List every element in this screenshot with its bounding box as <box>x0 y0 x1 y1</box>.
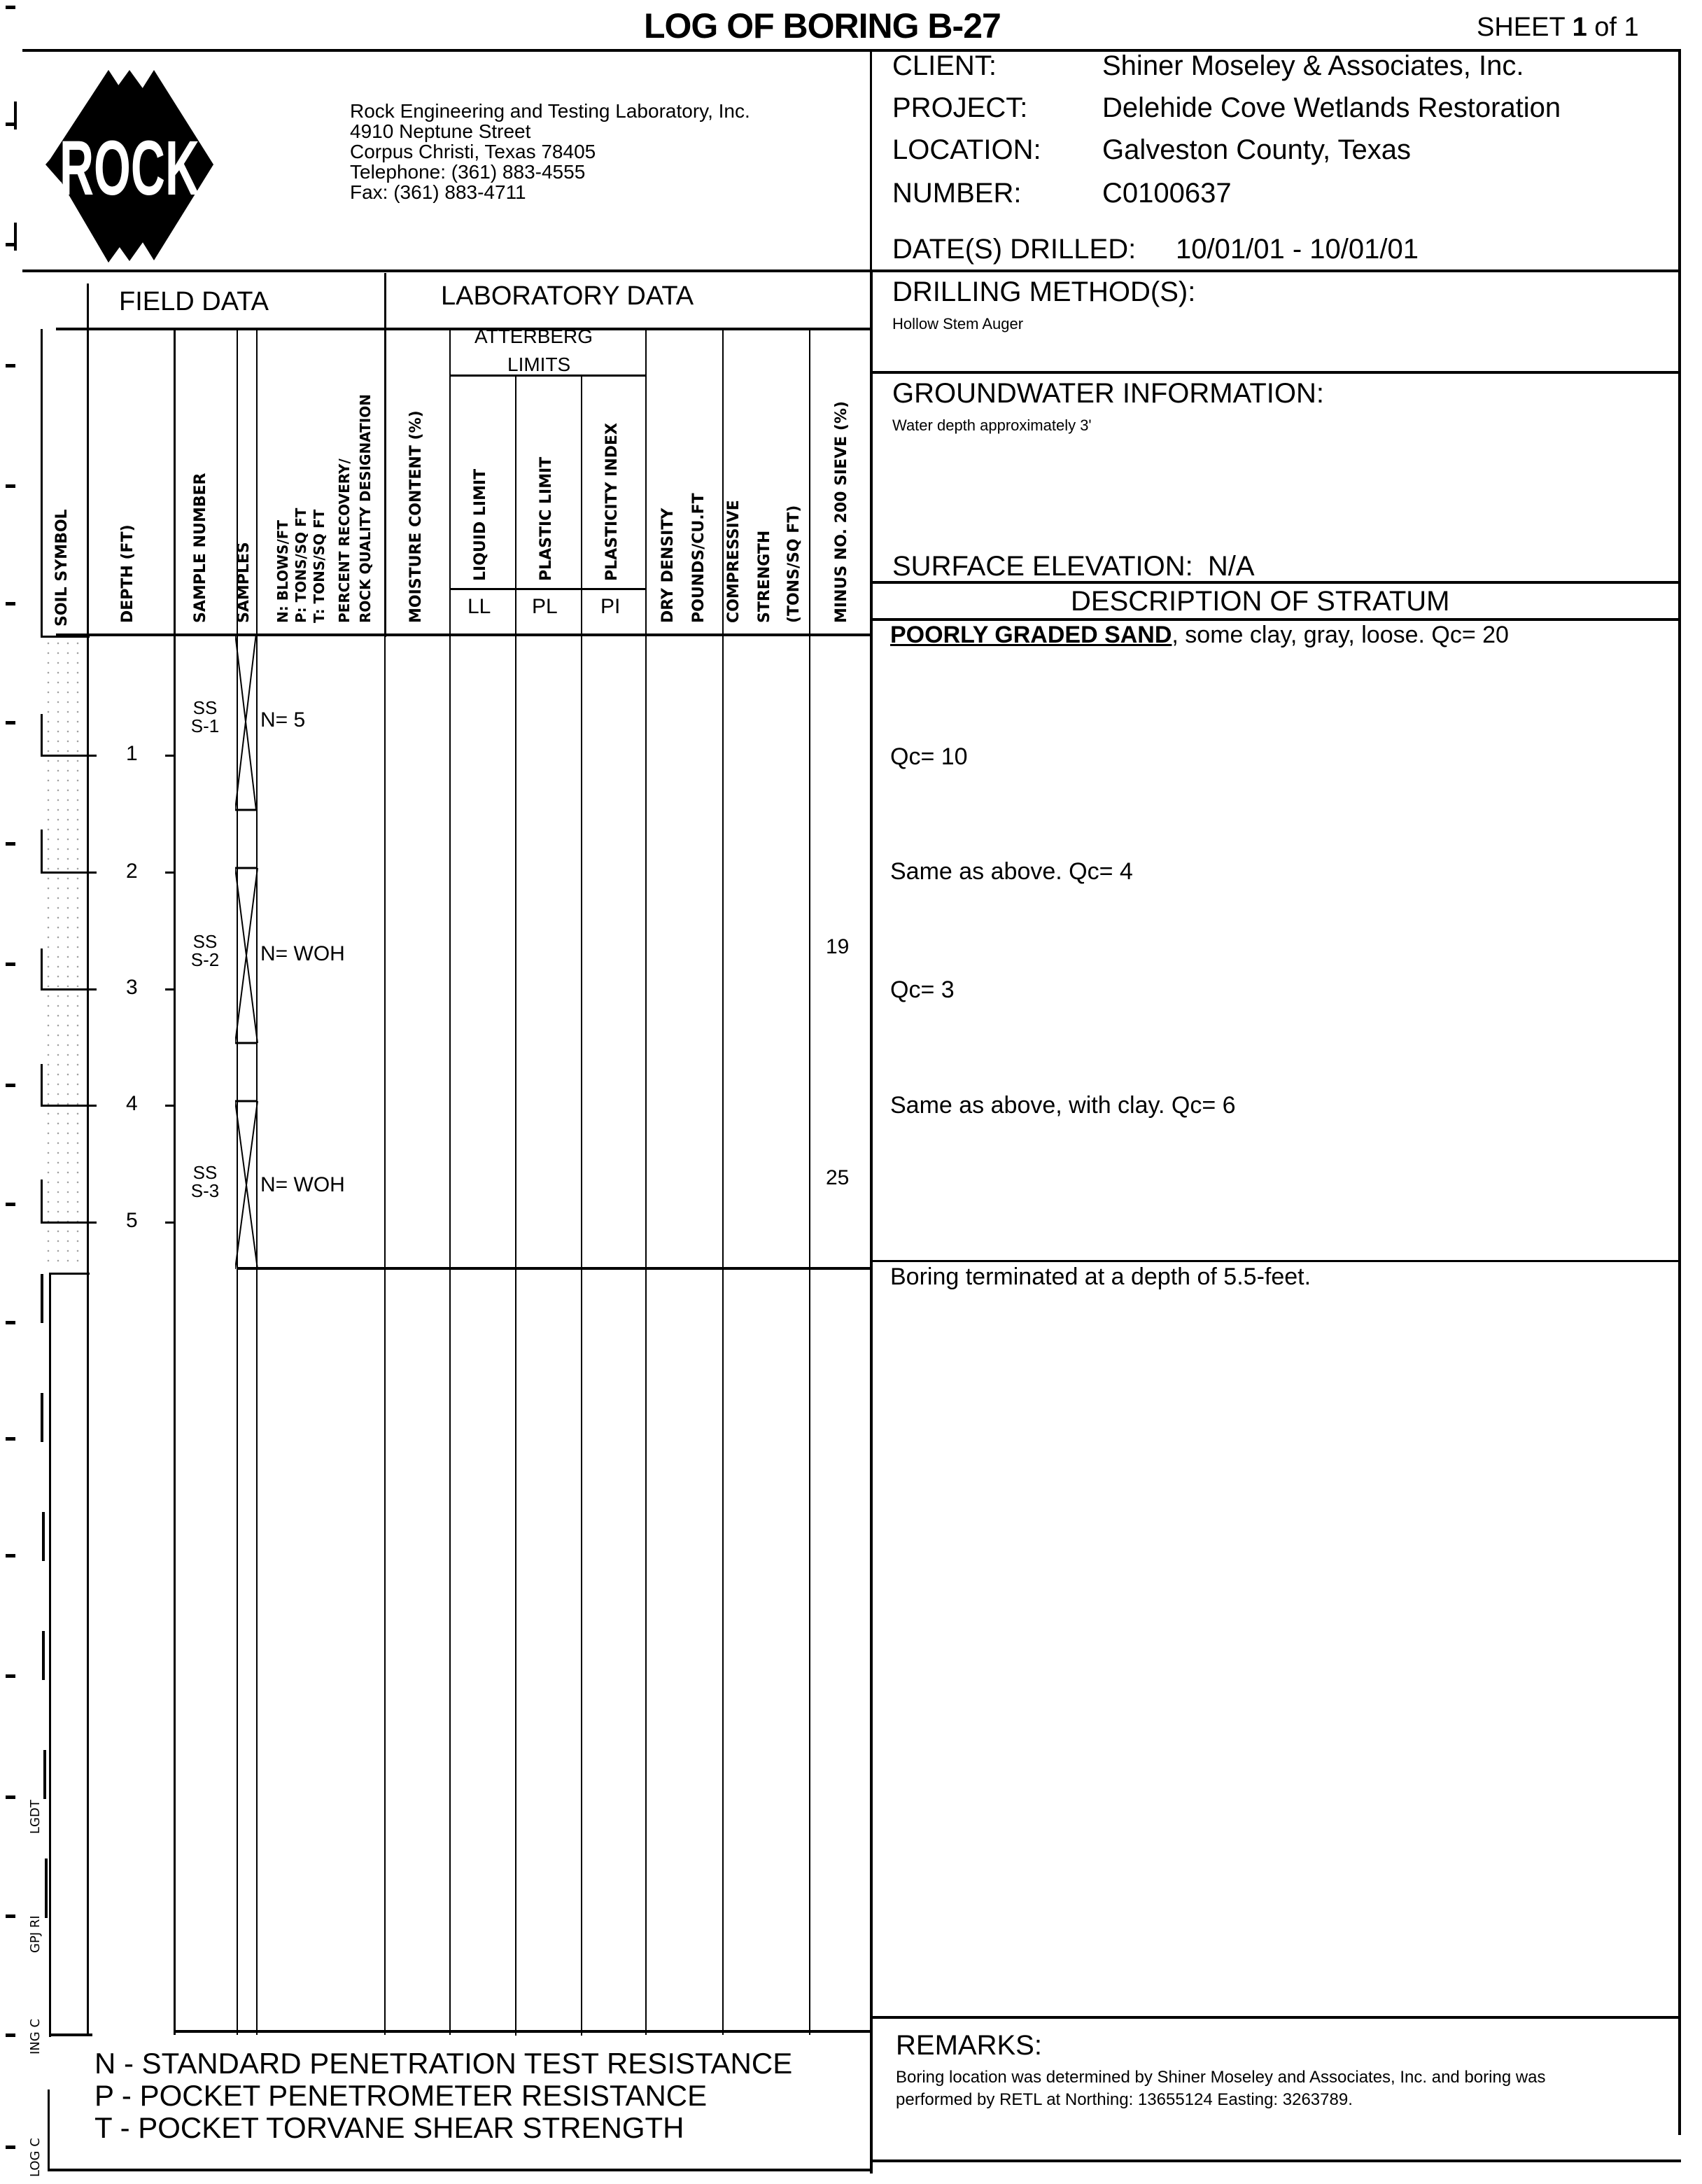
stratum-line-4: Same as above, with clay. Qc= 6 <box>890 1092 1236 1119</box>
surface-elevation-label: SURFACE ELEVATION: <box>892 551 1193 582</box>
col-compressive-1: COMPRESSIVE <box>725 500 743 623</box>
col-plastic-limit: PLASTIC LIMIT <box>537 457 555 581</box>
remarks-line-1: Boring location was determined by Shiner… <box>896 2066 1546 2089</box>
project-label: PROJECT: <box>892 92 1027 124</box>
company-address1: 4910 Neptune Street <box>350 121 750 141</box>
col-pl: PL <box>532 595 558 619</box>
col-liquid-limit: LIQUID LIMIT <box>472 469 489 581</box>
sheet-number: 1 <box>1573 13 1587 42</box>
svg-text:ROCK: ROCK <box>59 125 199 211</box>
margin-label-a: LGDT <box>28 1800 43 1834</box>
atterberg-header: ATTERBERG <box>474 325 593 348</box>
soil-symbol-sand-pattern <box>43 638 85 1268</box>
col-blows-4: PERCENT RECOVERY/ <box>336 458 353 623</box>
location-label: LOCATION: <box>892 134 1041 166</box>
sample-n-value: N= 5 <box>260 708 305 732</box>
col-depth: DEPTH (FT) <box>119 524 136 623</box>
stratum-line-3: Qc= 3 <box>890 976 955 1004</box>
depth-tick-1: 1 <box>126 742 138 766</box>
company-fax: Fax: (361) 883-4711 <box>350 182 750 202</box>
sample-id: S-2 <box>188 951 223 969</box>
sample-minus200: 25 <box>826 1166 849 1190</box>
col-compressive-3: (TONS/SQ FT) <box>785 505 803 623</box>
dates-drilled-label: DATE(S) DRILLED: <box>892 234 1136 265</box>
sample-minus200: 19 <box>826 935 849 959</box>
sample-n-value: N= WOH <box>260 942 345 966</box>
remarks-line-2: performed by RETL at Northing: 13655124 … <box>896 2089 1546 2111</box>
sample-id: S-3 <box>188 1182 223 1200</box>
col-blows-2: P: TONS/SQ FT <box>293 508 309 623</box>
description-header: DESCRIPTION OF STRATUM <box>1071 586 1449 617</box>
company-info: Rock Engineering and Testing Laboratory,… <box>350 101 750 202</box>
sample-n-value: N= WOH <box>260 1173 345 1197</box>
col-soil-symbol: SOIL SYMBOL <box>53 509 71 626</box>
stratum-main: POORLY GRADED SAND, some clay, gray, loo… <box>890 622 1509 649</box>
location-value: Galveston County, Texas <box>1102 134 1411 166</box>
client-label: CLIENT: <box>892 50 997 82</box>
col-pi: PI <box>600 595 620 619</box>
sheet-of: of <box>1594 13 1617 42</box>
company-telephone: Telephone: (361) 883-4555 <box>350 162 750 182</box>
col-sample-number: SAMPLE NUMBER <box>192 473 209 624</box>
margin-label-b: GPJ RI <box>28 1915 43 1953</box>
depth-tick-3: 3 <box>126 976 138 1000</box>
depth-tick-5: 5 <box>126 1209 138 1233</box>
col-dry-density-1: DRY DENSITY <box>659 508 677 623</box>
col-ll: LL <box>467 595 491 619</box>
sheet-indicator: SHEET 1 of 1 <box>1477 13 1639 43</box>
company-address2: Corpus Christi, Texas 78405 <box>350 141 750 162</box>
sample-id: S-1 <box>188 717 223 735</box>
sample-row-3: SS S-3 <box>188 1163 223 1200</box>
sample-row-2: SS S-2 <box>188 932 223 969</box>
sample-row-1: SS S-1 <box>188 699 223 735</box>
stratum-title-rest: , some clay, gray, loose. Qc= 20 <box>1172 622 1509 648</box>
col-blows-5: ROCK QUALITY DESIGNATION <box>357 394 374 623</box>
sample-intervals <box>235 633 259 1270</box>
stratum-title: POORLY GRADED SAND <box>890 622 1172 648</box>
laboratory-data-header: LABORATORY DATA <box>441 281 694 311</box>
col-blows-3: T: TONS/SQ FT <box>311 510 328 623</box>
stratum-termination: Boring terminated at a depth of 5.5-feet… <box>890 1263 1311 1291</box>
col-moisture: MOISTURE CONTENT (%) <box>407 410 425 623</box>
groundwater-label: GROUNDWATER INFORMATION: <box>892 378 1324 409</box>
col-minus200: MINUS NO. 200 SIEVE (%) <box>833 401 850 623</box>
stratum-line-2: Same as above. Qc= 4 <box>890 858 1133 885</box>
stratum-line-1: Qc= 10 <box>890 743 968 771</box>
field-data-header: FIELD DATA <box>119 287 269 317</box>
project-value: Delehide Cove Wetlands Restoration <box>1102 92 1561 124</box>
client-value: Shiner Moseley & Associates, Inc. <box>1102 50 1524 82</box>
groundwater-value: Water depth approximately 3' <box>892 416 1092 435</box>
col-plasticity-index: PLASTICITY INDEX <box>603 423 621 581</box>
drilling-method-value: Hollow Stem Auger <box>892 315 1023 333</box>
sample-type: SS <box>188 699 223 717</box>
remarks-label: REMARKS: <box>896 2030 1042 2061</box>
sheet-total: 1 <box>1624 13 1639 42</box>
col-dry-density-2: POUNDS/CU.FT <box>690 493 708 623</box>
drilling-method-label: DRILLING METHOD(S): <box>892 276 1195 308</box>
col-compressive-2: STRENGTH <box>756 531 773 623</box>
limits-header: LIMITS <box>507 353 570 376</box>
col-samples: SAMPLES <box>235 542 253 623</box>
legend-n: N - STANDARD PENETRATION TEST RESISTANCE <box>94 2047 792 2080</box>
legend: N - STANDARD PENETRATION TEST RESISTANCE… <box>94 2047 792 2144</box>
margin-label-d: LOG C <box>28 2138 43 2177</box>
depth-tick-4: 4 <box>126 1092 138 1116</box>
col-blows-1: N: BLOWS/FT <box>274 520 291 623</box>
rock-logo-mark: ROCK <box>45 66 325 266</box>
dates-drilled-value: 10/01/01 - 10/01/01 <box>1176 234 1419 265</box>
sample-type: SS <box>188 1163 223 1182</box>
surface-elevation: SURFACE ELEVATION: N/A <box>892 551 1255 582</box>
legend-t: T - POCKET TORVANE SHEAR STRENGTH <box>94 2112 792 2144</box>
surface-elevation-value: N/A <box>1208 551 1255 582</box>
margin-label-c: ING C <box>28 2019 43 2054</box>
company-name: Rock Engineering and Testing Laboratory,… <box>350 101 750 121</box>
number-value: C0100637 <box>1102 178 1232 209</box>
legend-p: P - POCKET PENETROMETER RESISTANCE <box>94 2080 792 2112</box>
number-label: NUMBER: <box>892 178 1021 209</box>
page-title: LOG OF BORING B-27 <box>644 6 1001 46</box>
sample-type: SS <box>188 932 223 951</box>
remarks-text: Boring location was determined by Shiner… <box>896 2066 1546 2111</box>
depth-tick-2: 2 <box>126 860 138 883</box>
sheet-prefix: SHEET <box>1477 13 1565 42</box>
